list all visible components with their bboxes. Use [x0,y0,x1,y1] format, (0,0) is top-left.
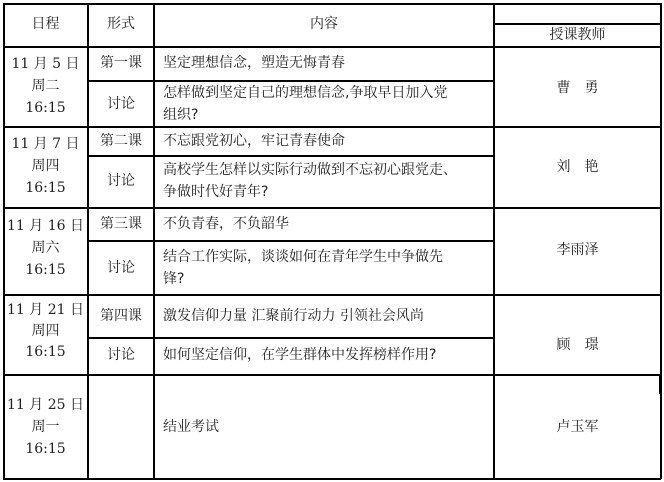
session-weekday: 周六 [3,237,88,259]
session-5-teacher: 卢玉军 [494,415,661,439]
row4-bottom-line [3,374,661,376]
session-5-date: 11 月 25 日 周一 16:15 [3,394,88,460]
session-2-discussion-line2: 争做时代好青年? [163,180,493,204]
header-format: 形式 [88,12,154,36]
row3-sub-line [88,240,493,242]
session-time: 16:15 [3,342,88,363]
session-5-lesson-content: 结业考试 [163,415,493,439]
session-2-lesson-content: 不忘跟党初心，牢记青春使命 [163,129,493,153]
session-date: 11 月 5 日 [3,53,88,75]
session-4-lesson-content: 激发信仰力量 汇聚前行动力 引领社会风尚 [163,304,493,328]
row3-bottom-line [3,294,661,296]
header-teacher: 授课教师 [494,23,661,47]
session-time: 16:15 [3,259,88,281]
session-1-lesson-content: 坚定理想信念，塑造无悔青春 [163,51,493,75]
session-1-discussion-format: 讨论 [88,92,154,116]
header-date: 日程 [3,12,88,36]
session-2-lesson-format: 第二课 [88,129,154,153]
session-1-discussion-line1: 怎样做到坚定自己的理想信念,争取早日加入党 [163,81,493,105]
schedule-table: 日程 形式 内容 授课教师 11 月 5 日 周二 16:15 第一课 坚定理想… [0,0,664,482]
session-3-discussion-format: 讨论 [88,256,154,280]
session-3-lesson-content: 不负青春，不负韶华 [163,212,493,236]
session-1-teacher: 曹 勇 [494,76,661,100]
session-weekday: 周四 [3,155,88,177]
row2-sub-line [88,155,493,157]
session-weekday: 周四 [3,321,88,342]
session-date: 11 月 7 日 [3,133,88,155]
session-2-discussion-format: 讨论 [88,169,154,193]
session-3-date: 11 月 16 日 周六 16:15 [3,215,88,281]
session-4-lesson-format: 第四课 [88,304,154,328]
session-time: 16:15 [3,97,88,119]
table-border-bottom [3,478,661,480]
cursor-marker [659,374,662,394]
session-1-lesson-format: 第一课 [88,51,154,75]
session-2-teacher: 刘 艳 [494,155,661,179]
session-3-discussion-line2: 锋? [163,267,493,291]
session-2-date: 11 月 7 日 周四 16:15 [3,133,88,199]
session-3-lesson-format: 第三课 [88,212,154,236]
session-3-teacher: 李雨泽 [494,238,661,262]
session-4-date: 11 月 21 日 周四 16:15 [3,300,88,363]
session-time: 16:15 [3,438,88,460]
session-3-discussion-line1: 结合工作实际，谈谈如何在青年学生中争做先 [163,245,493,269]
session-1-date: 11 月 5 日 周二 16:15 [3,53,88,119]
session-4-teacher: 顾 璟 [494,333,661,357]
session-date: 11 月 21 日 [3,300,88,321]
session-4-discussion-format: 讨论 [88,343,154,367]
header-content: 内容 [154,12,494,36]
session-weekday: 周一 [3,416,88,438]
session-date: 11 月 25 日 [3,394,88,416]
row4-sub-line [88,337,493,339]
session-4-discussion-line1: 如何坚定信仰，在学生群体中发挥榜样作用? [163,343,493,367]
session-time: 16:15 [3,177,88,199]
table-border-top [3,3,661,5]
session-weekday: 周二 [3,75,88,97]
session-2-discussion-line1: 高校学生怎样以实际行动做到不忘初心跟党走、 [163,158,493,182]
row2-bottom-line [3,207,661,209]
session-1-discussion-line2: 组织? [163,103,493,127]
session-date: 11 月 16 日 [3,215,88,237]
